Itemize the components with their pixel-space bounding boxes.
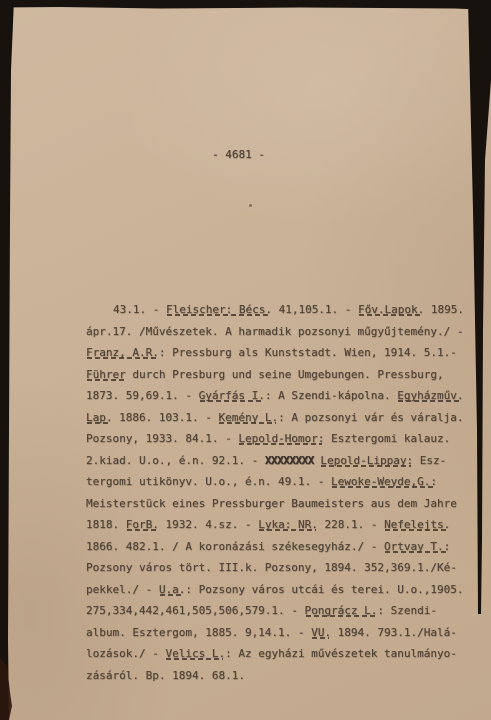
underlined-text: Lewoke-Weyde,G.: xyxy=(331,475,437,488)
text-segment: 1895. xyxy=(424,303,464,316)
underlined-text: Kemény L. xyxy=(218,411,278,424)
underlined-text: Lyka: NR. xyxy=(258,518,318,531)
text-segment: : A pozsonyi vár és váralja. xyxy=(278,411,463,424)
text-line: lozások./ - Velics L.: Az egyházi művész… xyxy=(86,643,478,665)
underlined-text: Egyházműv. xyxy=(397,389,463,402)
text-line: zásáról. Bp. 1894. 68.1. xyxy=(86,665,478,687)
underlined-text: Fleischer: Bécs. xyxy=(166,303,272,316)
text-segment: 1886. 103.1. - xyxy=(113,411,219,424)
text-line: Meisterstück eines Pressburger Baumeiste… xyxy=(86,493,478,515)
text-segment: : Az egyházi művészetek tanulmányo- xyxy=(225,647,457,660)
text-segment: 1873. 59,69.1. - xyxy=(86,389,199,402)
underlined-text: Velics L. xyxy=(165,647,225,660)
text-segment: durch Presburg und seine Umgebungen. Pre… xyxy=(126,368,444,381)
text-line: pekkel./ - U.a.: Pozsony város utcái és … xyxy=(86,579,478,601)
text-segment: : Pressburg als Kunststadt. Wien, 1914. … xyxy=(159,346,457,359)
underlined-text: Franz, A.R. xyxy=(86,346,159,359)
text-line: 2.kiad. U.o., é.n. 92.1. - XXXXXXXX Lepo… xyxy=(86,450,478,472)
text-line: 1873. 59,69.1. - Gyárfás I.: A Szendi-ká… xyxy=(86,385,478,407)
underlined-text: Ortvay T.: xyxy=(384,540,450,553)
underlined-text: Főv.Lapok. xyxy=(358,303,424,316)
text-line: 1866. 482.1. / A koronázási székesegyház… xyxy=(86,536,478,558)
text-line: ápr.17. /Művészetek. A harmadik pozsonyi… xyxy=(86,321,478,343)
text-segment: pekkel./ - xyxy=(86,583,159,596)
text-block: 43.1. - Fleischer: Bécs. 41,105.1. - Főv… xyxy=(86,299,478,686)
text-segment: Pozsony, 1933. 84.1. - xyxy=(86,432,238,445)
text-segment: 41,105.1. - xyxy=(272,303,358,316)
text-line: tergomi utikönyv. U.o., é.n. 49.1. - Lew… xyxy=(86,471,478,493)
underlined-text: Lepold-Lippay: xyxy=(320,454,413,467)
text-segment: 275,334,442,461,505,506,579.1. - xyxy=(86,604,305,617)
page-number: - 4681 - xyxy=(212,148,265,161)
scan-edge-left xyxy=(0,0,14,720)
text-line: Pozsony, 1933. 84.1. - Lepold-Homor: Esz… xyxy=(86,428,478,450)
text-segment: Esztergomi kalauz. xyxy=(324,432,450,445)
text-segment: : A Szendi-kápolna. xyxy=(265,389,397,402)
text-segment: Meisterstück eines Pressburger Baumeiste… xyxy=(86,497,457,510)
bottom-left-stain xyxy=(0,658,12,720)
text-segment: zásáról. Bp. 1894. 68.1. xyxy=(86,669,245,682)
text-segment: 1866. 482.1. / A koronázási székesegyház… xyxy=(86,540,384,553)
text-segment: ápr.17. /Művészetek. A harmadik pozsonyi… xyxy=(86,325,464,338)
text-line: 43.1. - Fleischer: Bécs. 41,105.1. - Főv… xyxy=(86,299,478,321)
underlined-text: Gyárfás I. xyxy=(199,389,265,402)
text-line: Führer durch Presburg und seine Umgebung… xyxy=(86,364,478,386)
scanned-document-page: - 4681 - 43.1. - Fleischer: Bécs. 41,105… xyxy=(0,0,491,720)
scan-edge-top xyxy=(0,0,491,10)
text-segment: 1818. xyxy=(86,518,126,531)
text-segment: album. Esztergom, 1885. 9,14.1. - xyxy=(86,626,311,639)
text-line: 1818. ForB. 1932. 4.sz. - Lyka: NR. 228.… xyxy=(86,514,478,536)
text-line: Franz, A.R.: Pressburg als Kunststadt. W… xyxy=(86,342,478,364)
underlined-text: Nefelejts. xyxy=(384,518,450,531)
text-segment: tergomi utikönyv. U.o., é.n. 49.1. - xyxy=(86,475,331,488)
underlined-text: ForB. xyxy=(126,518,159,531)
text-segment: 43.1. - xyxy=(113,303,166,316)
text-segment: : Szendi- xyxy=(377,604,437,617)
underlined-text: U.a. xyxy=(159,583,186,596)
underlined-text: Pongrácz L. xyxy=(305,604,378,617)
text-segment: 1932. 4.sz. - xyxy=(159,518,258,531)
text-segment: 1894. 793.1./Halá- xyxy=(331,626,457,639)
underlined-text: Führer xyxy=(86,368,126,381)
underlined-text: VU. xyxy=(311,626,331,639)
underlined-text: Lap. xyxy=(86,411,113,424)
text-segment: : Pozsony város utcái és terei. U.o.,190… xyxy=(185,583,463,596)
underlined-text: Lepold-Homor: xyxy=(238,432,324,445)
text-segment: lozások./ - xyxy=(86,647,165,660)
text-segment: Esz- xyxy=(413,454,446,467)
text-segment: 2.kiad. U.o., é.n. 92.1. - xyxy=(86,454,265,467)
text-segment: Pozsony város tört. III.k. Pozsony, 1894… xyxy=(86,561,457,574)
paper-speck xyxy=(249,204,252,207)
text-line: Pozsony város tört. III.k. Pozsony, 1894… xyxy=(86,557,478,579)
text-line: album. Esztergom, 1885. 9,14.1. - VU. 18… xyxy=(86,622,478,644)
struck-out-text: XXXXXXXX xyxy=(265,454,314,467)
text-line: 275,334,442,461,505,506,579.1. - Pongrác… xyxy=(86,600,478,622)
text-line: Lap. 1886. 103.1. - Kemény L.: A pozsony… xyxy=(86,407,478,429)
text-segment: 228.1. - xyxy=(318,518,384,531)
